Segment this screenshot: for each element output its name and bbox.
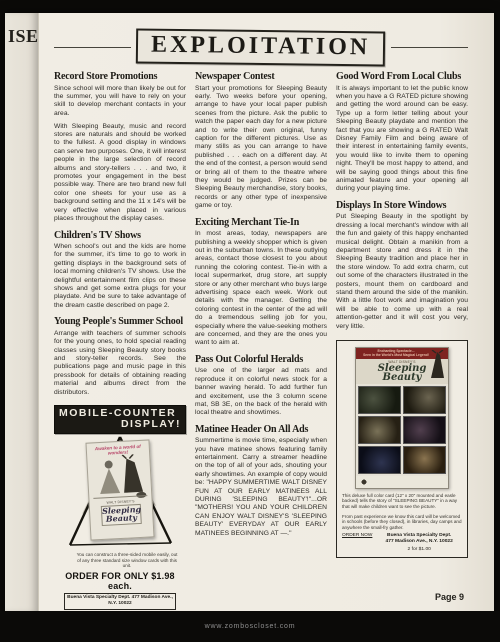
column-3: Good Word From Local Clubs It is always … bbox=[336, 69, 468, 610]
watermark-bar: www.zomboscloset.com bbox=[0, 611, 500, 642]
mobile-ad-banner: MOBILE-COUNTER DISPLAY! bbox=[54, 405, 186, 434]
mobile-ad-banner-line2: DISPLAY! bbox=[59, 419, 181, 430]
scanned-pressbook-page: ISE EXPLOITATION Record Store Promotions… bbox=[5, 13, 494, 611]
card-ad-address-line2: 477 Madison Ave., N.Y. 10022 bbox=[376, 539, 462, 545]
mobile-ad-order-line: ORDER FOR ONLY $1.98 each. bbox=[56, 571, 184, 591]
scene-photo bbox=[358, 416, 401, 444]
page-content: EXPLOITATION Record Store Promotions Sin… bbox=[38, 13, 494, 611]
card-ad-order-row: ORDER NOW Buena Vista Specialty Dept. 47… bbox=[342, 533, 462, 552]
story-card-photo-grid bbox=[356, 384, 448, 476]
body-paragraph: When school's out and the kids are home … bbox=[54, 243, 186, 310]
page-title: EXPLOITATION bbox=[151, 31, 370, 60]
scene-photo bbox=[358, 446, 401, 474]
mobile-counter-display-ad: MOBILE-COUNTER DISPLAY! Awaken to a wo bbox=[54, 405, 186, 610]
adjacent-page-edge: ISE bbox=[5, 13, 38, 611]
watermark-text: www.zomboscloset.com bbox=[205, 623, 296, 630]
page-number: Page 9 bbox=[435, 592, 464, 602]
heading-record-store-promotions: Record Store Promotions bbox=[54, 71, 186, 82]
page-title-box: EXPLOITATION bbox=[136, 28, 386, 66]
scene-photo bbox=[358, 386, 401, 414]
heading-childrens-tv-shows: Children's TV Shows bbox=[54, 230, 186, 241]
body-paragraph: Since school will more than likely be ou… bbox=[54, 85, 186, 119]
title-rule-right bbox=[391, 47, 468, 48]
heading-newspaper-contest: Newspaper Contest bbox=[195, 71, 327, 82]
order-now-label: ORDER NOW bbox=[342, 533, 372, 538]
title-rule-left bbox=[54, 47, 131, 48]
poster-art-illustration bbox=[89, 454, 149, 501]
heading-young-peoples-summer-school: Young People's Summer School bbox=[54, 316, 186, 327]
window-card-poster: Awaken to a world of wonders! WALT DI bbox=[85, 439, 154, 540]
title-banner-row: EXPLOITATION bbox=[54, 29, 468, 65]
scene-photo bbox=[403, 386, 446, 414]
column-1: Record Store Promotions Since school wil… bbox=[54, 69, 186, 610]
three-column-layout: Record Store Promotions Since school wil… bbox=[54, 69, 468, 610]
card-ad-address-block: Buena Vista Specialty Dept. 477 Madison … bbox=[376, 533, 462, 552]
column-2: Newspaper Contest Start your promotions … bbox=[195, 69, 327, 610]
mobile-ad-caption: You can construct a three-sided mobile e… bbox=[76, 552, 178, 569]
body-paragraph: With Sleeping Beauty, music and record s… bbox=[54, 123, 186, 224]
heading-exciting-merchant-tie-in: Exciting Merchant Tie-In bbox=[195, 217, 327, 228]
deluxe-story-card: Enchanting Spectacle... Seen in the Worl… bbox=[355, 347, 449, 489]
card-ad-caption-2: From past experience we know this card w… bbox=[342, 514, 462, 531]
body-paragraph: Put Sleeping Beauty in the spotlight by … bbox=[336, 213, 468, 331]
story-card-ad: Enchanting Spectacle... Seen in the Worl… bbox=[336, 340, 468, 558]
scene-photo bbox=[403, 416, 446, 444]
body-paragraph: Arrange with teachers of summer schools … bbox=[54, 330, 186, 397]
heading-pass-out-colorful-heralds: Pass Out Colorful Heralds bbox=[195, 354, 327, 365]
body-paragraph: Summertime is movie time, especially whe… bbox=[195, 437, 327, 538]
mobile-display-illustration: Awaken to a world of wonders! WALT DI bbox=[54, 434, 186, 550]
story-card-banner-line2: Seen in the World's Most Magical Legend! bbox=[358, 354, 434, 358]
heading-matinee-header-on-all-ads: Matinee Header On All Ads bbox=[195, 424, 327, 435]
adjacent-page-partial-text: ISE bbox=[8, 26, 38, 47]
body-paragraph: It is always important to let the public… bbox=[336, 85, 468, 194]
poster-movie-title: Sleeping Beauty bbox=[101, 504, 142, 526]
mobile-ad-address-box: Buena Vista Specialty Dept. 477 Madison … bbox=[64, 593, 176, 610]
heading-good-word-from-local-clubs: Good Word From Local Clubs bbox=[336, 71, 468, 82]
scene-photo bbox=[403, 446, 446, 474]
mobile-ad-address-line2: N.Y. 10022 bbox=[67, 601, 173, 607]
story-card-footer-strip bbox=[356, 476, 448, 488]
card-ad-price: 2 for $1.00 bbox=[376, 547, 462, 552]
body-paragraph: Start your promotions for Sleeping Beaut… bbox=[195, 85, 327, 211]
body-paragraph: Use one of the larger ad mats and reprod… bbox=[195, 367, 327, 417]
card-ad-caption-1: This deluxe full color card (12" x 20" m… bbox=[342, 493, 462, 510]
body-paragraph: In most areas, today, newspapers are pub… bbox=[195, 230, 327, 348]
heading-displays-in-store-windows: Displays In Store Windows bbox=[336, 200, 468, 211]
villain-art-illustration bbox=[427, 350, 447, 380]
story-card-title: Sleeping Beauty bbox=[374, 364, 430, 382]
